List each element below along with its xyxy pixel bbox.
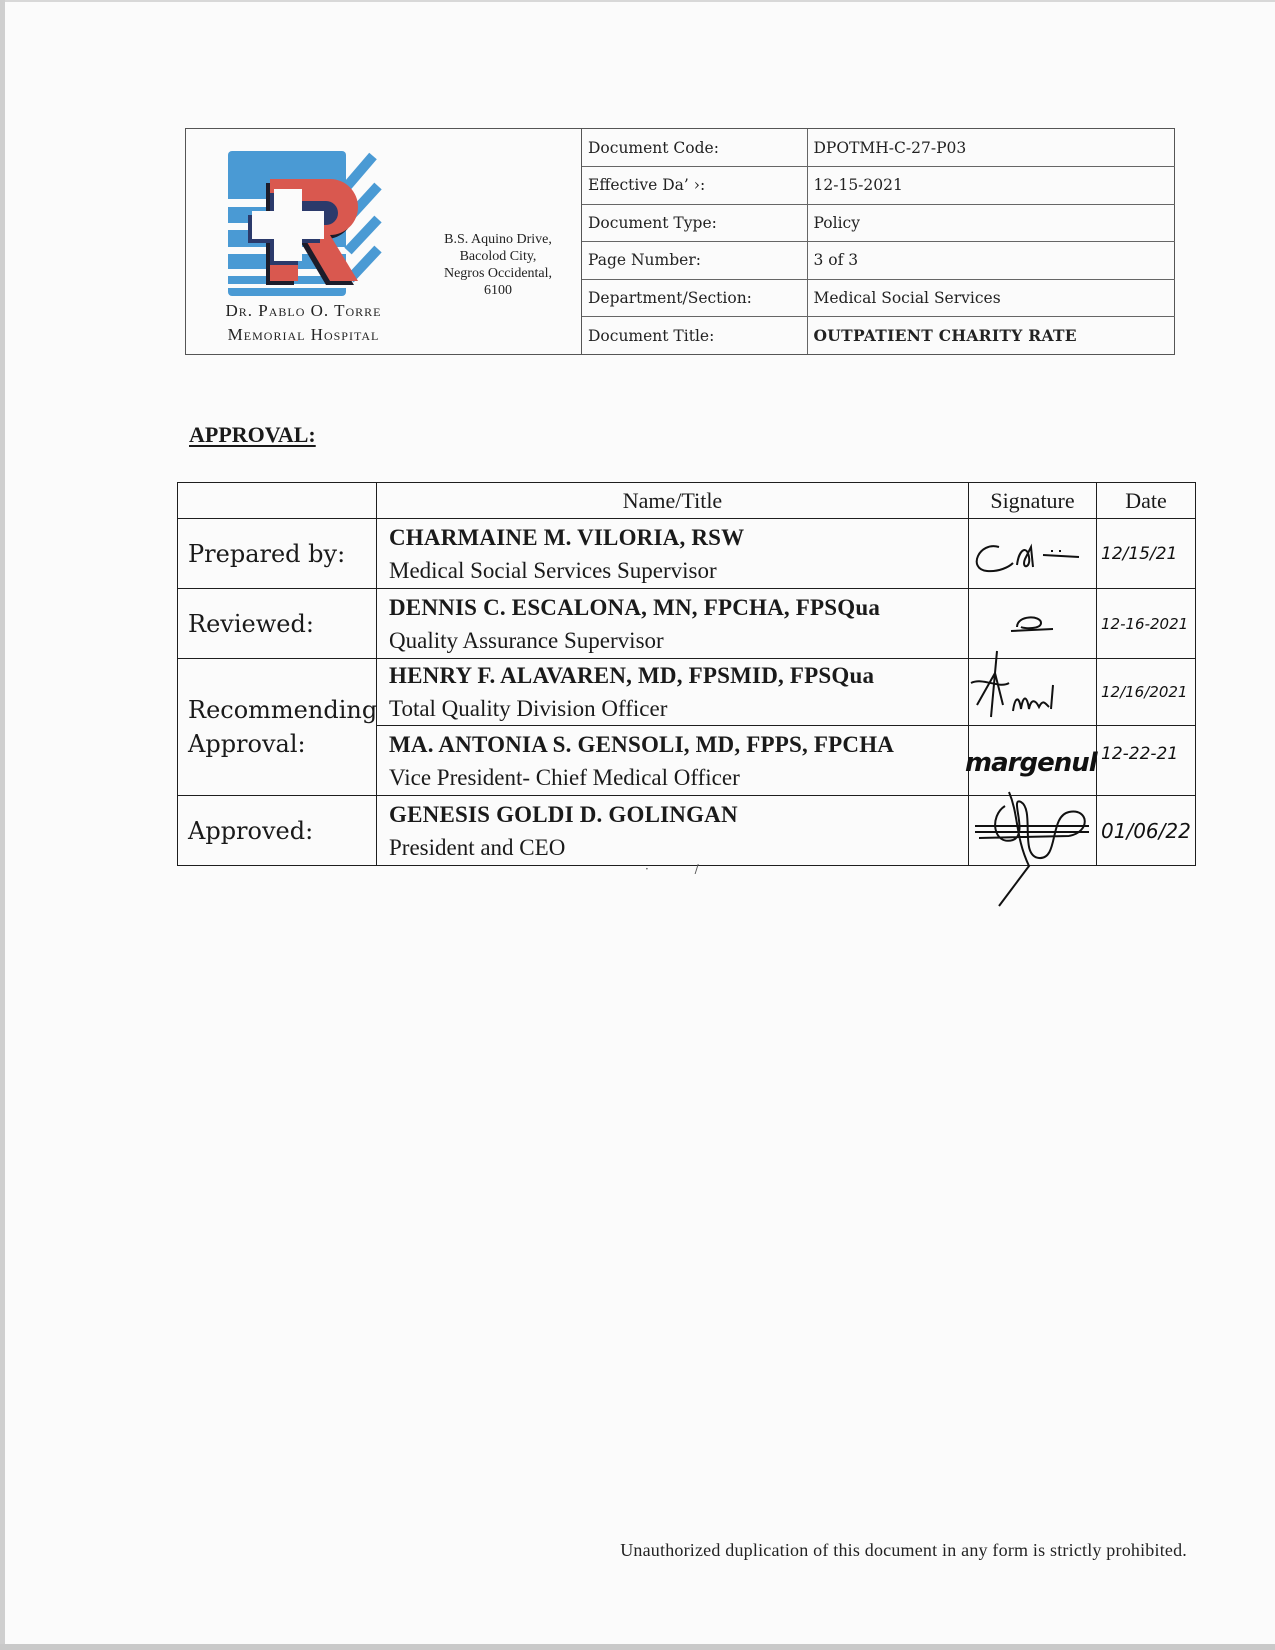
scan-edge [0,0,1275,2]
document-header: Dr. Pablo O. Torre Memorial Hospital B.S… [185,128,1175,355]
field-label: Document Code: [582,129,807,167]
footer-notice: Unauthorized duplication of this documen… [620,1540,1187,1561]
info-row-document-title: Document Title: OUTPATIENT CHARITY RATE [582,317,1175,355]
logo-cell: Dr. Pablo O. Torre Memorial Hospital B.S… [186,129,582,354]
person-name: MA. ANTONIA S. GENSOLI, MD, FPPS, FPCHA [389,728,968,761]
role-reviewed: Reviewed: [178,589,377,659]
table-row: Prepared by: CHARMAINE M. VILORIA, RSW M… [178,519,1196,589]
signature-icon [969,519,1097,589]
hospital-logo-icon [228,151,382,301]
person-title: Quality Assurance Supervisor [389,624,968,657]
person-name: CHARMAINE M. VILORIA, RSW [389,521,968,554]
person-name: GENESIS GOLDI D. GOLINGAN [389,798,968,831]
info-row-page-number: Page Number: 3 of 3 [582,242,1175,280]
person-name: HENRY F. ALAVAREN, MD, FPSMID, FPSQua [389,659,968,692]
signature-cell [969,796,1097,866]
signature-icon [969,659,1097,724]
name-title-cell: GENESIS GOLDI D. GOLINGAN President and … [377,796,969,866]
date-cell: 12-16-2021 [1097,589,1196,659]
role-prepared-by: Prepared by: [178,519,377,589]
name-title-cell: CHARMAINE M. VILORIA, RSW Medical Social… [377,519,969,589]
document-code-value: DPOTMH-C-27-P03 [807,129,1175,167]
person-title: Vice President- Chief Medical Officer [389,761,968,794]
field-label: Document Type: [582,204,807,242]
signature-icon [969,589,1097,659]
field-label: Document Title: [582,317,807,355]
date-cell: 12-22-21 [1097,726,1196,796]
column-header-name-title: Name/Title [377,483,969,519]
info-row-document-type: Document Type: Policy [582,204,1175,242]
document-title-value: OUTPATIENT CHARITY RATE [807,317,1175,355]
info-row-effective-date: Effective Da’ ›: 12-15-2021 [582,167,1175,205]
field-label: Effective Da’ ›: [582,167,807,205]
hospital-name: Dr. Pablo O. Torre Memorial Hospital [196,299,411,347]
name-title-cell: HENRY F. ALAVAREN, MD, FPSMID, FPSQua To… [377,659,969,726]
field-label: Department/Section: [582,279,807,317]
department-value: Medical Social Services [807,279,1175,317]
person-title: Medical Social Services Supervisor [389,554,968,587]
signature-cell [969,589,1097,659]
field-label: Page Number: [582,242,807,280]
approval-header-row: Name/Title Signature Date [178,483,1196,519]
column-header-date: Date [1097,483,1196,519]
scan-edge [0,0,5,1650]
column-header-role [178,483,377,519]
person-name: DENNIS C. ESCALONA, MN, FPCHA, FPSQua [389,591,968,624]
approval-table: Name/Title Signature Date Prepared by: C… [177,482,1196,866]
table-row: Approved: GENESIS GOLDI D. GOLINGAN Pres… [178,796,1196,866]
hospital-address: B.S. Aquino Drive, Bacolod City, Negros … [418,231,578,299]
signature-cell: margenul [969,726,1097,796]
name-title-cell: DENNIS C. ESCALONA, MN, FPCHA, FPSQua Qu… [377,589,969,659]
date-cell: 01/06/22 [1097,796,1196,866]
document-info-table: Document Code: DPOTMH-C-27-P03 Effective… [582,129,1175,354]
info-row-document-code: Document Code: DPOTMH-C-27-P03 [582,129,1175,167]
name-title-cell: MA. ANTONIA S. GENSOLI, MD, FPPS, FPCHA … [377,726,969,796]
effective-date-value: 12-15-2021 [807,167,1175,205]
handwritten-date: 12-22-21 [1101,744,1178,764]
signature-icon: margenul [965,748,1097,778]
page-number-value: 3 of 3 [807,242,1175,280]
handwritten-date: 12-16-2021 [1101,615,1188,633]
signature-cell [969,659,1097,726]
person-title: President and CEO [389,831,968,864]
scan-artifact: · / [645,862,699,876]
role-approved: Approved: [178,796,377,866]
approval-heading: APPROVAL: [189,422,316,448]
date-cell: 12/16/2021 [1097,659,1196,726]
handwritten-date: 01/06/22 [1101,819,1191,843]
handwritten-date: 12/16/2021 [1101,683,1187,701]
table-row: Reviewed: DENNIS C. ESCALONA, MN, FPCHA,… [178,589,1196,659]
table-row: Recommending Approval: HENRY F. ALAVAREN… [178,659,1196,726]
document-type-value: Policy [807,204,1175,242]
role-recommending-approval: Recommending Approval: [178,659,377,796]
column-header-signature: Signature [969,483,1097,519]
date-cell: 12/15/21 [1097,519,1196,589]
scan-edge [0,1644,1275,1650]
info-row-department: Department/Section: Medical Social Servi… [582,279,1175,317]
signature-icon [969,796,1097,866]
person-title: Total Quality Division Officer [389,692,968,725]
signature-cell [969,519,1097,589]
handwritten-date: 12/15/21 [1101,544,1177,564]
